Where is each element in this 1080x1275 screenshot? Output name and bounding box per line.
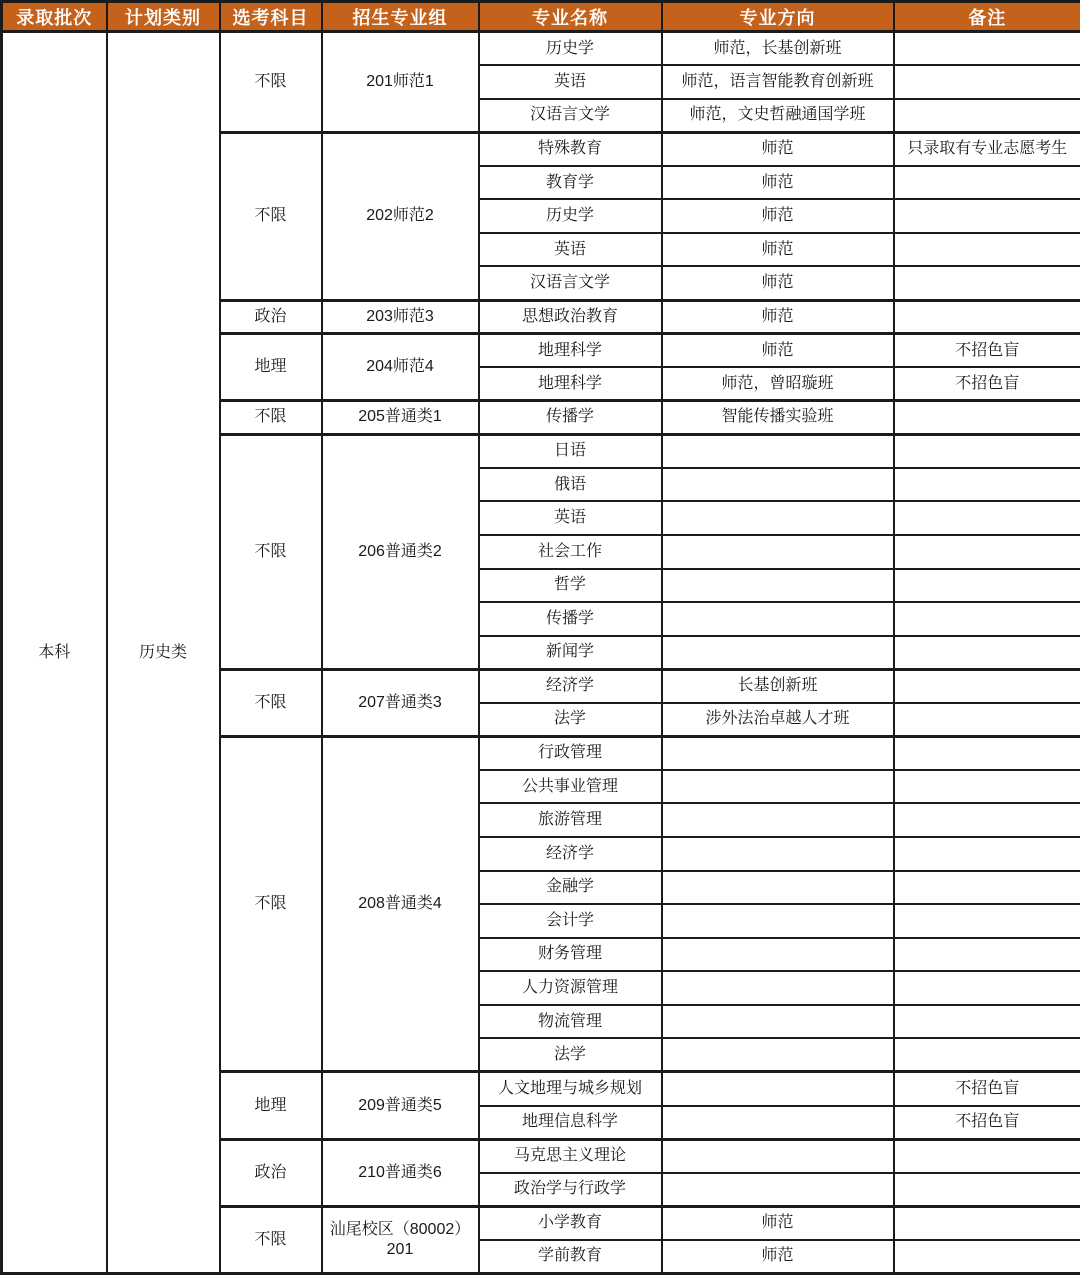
cell-major-name: 英语	[479, 233, 662, 267]
cell-remark	[894, 401, 1080, 435]
cell-admission-batch: 本科	[2, 32, 107, 1274]
cell-major-name: 金融学	[479, 871, 662, 905]
cell-exam-subject: 不限	[220, 1206, 322, 1273]
cell-major-name: 地理科学	[479, 334, 662, 368]
cell-remark	[894, 501, 1080, 535]
cell-exam-subject: 不限	[220, 132, 322, 300]
cell-major-group: 208普通类4	[322, 736, 479, 1072]
cell-major-direction: 师范	[662, 266, 894, 300]
cell-major-direction: 智能传播实验班	[662, 401, 894, 435]
cell-major-direction	[662, 938, 894, 972]
table-row: 本科历史类不限201师范1历史学师范，长基创新班	[2, 32, 1080, 66]
cell-remark	[894, 904, 1080, 938]
cell-major-name: 特殊教育	[479, 132, 662, 166]
cell-major-direction	[662, 535, 894, 569]
cell-major-name: 会计学	[479, 904, 662, 938]
cell-major-name: 物流管理	[479, 1005, 662, 1039]
cell-major-direction	[662, 1005, 894, 1039]
cell-exam-subject: 不限	[220, 669, 322, 736]
cell-major-direction	[662, 971, 894, 1005]
cell-major-direction: 师范，语言智能教育创新班	[662, 65, 894, 99]
cell-major-name: 历史学	[479, 32, 662, 66]
cell-major-group: 203师范3	[322, 300, 479, 334]
cell-major-name: 汉语言文学	[479, 266, 662, 300]
cell-remark	[894, 569, 1080, 603]
cell-major-direction: 师范	[662, 1240, 894, 1274]
cell-major-name: 思想政治教育	[479, 300, 662, 334]
cell-major-direction	[662, 1173, 894, 1207]
cell-exam-subject: 地理	[220, 334, 322, 401]
cell-remark: 不招色盲	[894, 367, 1080, 401]
cell-remark	[894, 1005, 1080, 1039]
cell-major-direction: 长基创新班	[662, 669, 894, 703]
cell-remark	[894, 535, 1080, 569]
cell-major-direction	[662, 468, 894, 502]
cell-major-direction	[662, 770, 894, 804]
cell-exam-subject: 不限	[220, 434, 322, 669]
cell-major-name: 英语	[479, 501, 662, 535]
cell-major-name: 历史学	[479, 199, 662, 233]
admission-plan-table: 录取批次计划类别选考科目招生专业组专业名称专业方向备注 本科历史类不限201师范…	[0, 0, 1080, 1275]
cell-major-direction	[662, 1072, 894, 1106]
cell-major-name: 公共事业管理	[479, 770, 662, 804]
cell-remark	[894, 1038, 1080, 1072]
cell-plan-category: 历史类	[107, 32, 220, 1274]
cell-remark	[894, 602, 1080, 636]
cell-major-direction	[662, 501, 894, 535]
cell-major-direction: 师范	[662, 1206, 894, 1240]
cell-remark: 只录取有专业志愿考生	[894, 132, 1080, 166]
cell-remark	[894, 199, 1080, 233]
cell-major-direction	[662, 1139, 894, 1173]
cell-exam-subject: 政治	[220, 1139, 322, 1206]
cell-major-direction	[662, 569, 894, 603]
cell-remark	[894, 65, 1080, 99]
cell-exam-subject: 地理	[220, 1072, 322, 1139]
cell-remark	[894, 233, 1080, 267]
cell-major-name: 财务管理	[479, 938, 662, 972]
cell-major-direction: 师范	[662, 166, 894, 200]
cell-remark	[894, 636, 1080, 670]
cell-major-direction	[662, 1038, 894, 1072]
cell-major-name: 学前教育	[479, 1240, 662, 1274]
cell-remark	[894, 736, 1080, 770]
cell-major-name: 汉语言文学	[479, 99, 662, 133]
cell-remark	[894, 971, 1080, 1005]
admission-plan-page: 录取批次计划类别选考科目招生专业组专业名称专业方向备注 本科历史类不限201师范…	[0, 0, 1080, 1275]
column-header-0: 录取批次	[2, 2, 107, 32]
cell-remark	[894, 434, 1080, 468]
cell-major-group: 206普通类2	[322, 434, 479, 669]
cell-exam-subject: 不限	[220, 32, 322, 133]
cell-remark	[894, 1139, 1080, 1173]
column-header-5: 专业方向	[662, 2, 894, 32]
cell-major-direction	[662, 871, 894, 905]
cell-major-name: 法学	[479, 703, 662, 737]
cell-major-name: 哲学	[479, 569, 662, 603]
column-header-2: 选考科目	[220, 2, 322, 32]
cell-remark	[894, 837, 1080, 871]
cell-major-name: 地理科学	[479, 367, 662, 401]
cell-remark	[894, 938, 1080, 972]
cell-remark	[894, 871, 1080, 905]
cell-major-name: 马克思主义理论	[479, 1139, 662, 1173]
cell-major-direction: 师范	[662, 199, 894, 233]
cell-major-name: 法学	[479, 1038, 662, 1072]
cell-major-group: 209普通类5	[322, 1072, 479, 1139]
table-body: 本科历史类不限201师范1历史学师范，长基创新班英语师范，语言智能教育创新班汉语…	[2, 32, 1080, 1274]
cell-major-name: 传播学	[479, 602, 662, 636]
cell-remark	[894, 99, 1080, 133]
cell-major-group: 202师范2	[322, 132, 479, 300]
cell-remark: 不招色盲	[894, 1106, 1080, 1140]
cell-major-direction	[662, 636, 894, 670]
cell-major-direction	[662, 1106, 894, 1140]
cell-remark	[894, 1240, 1080, 1274]
cell-major-name: 政治学与行政学	[479, 1173, 662, 1207]
cell-major-direction	[662, 602, 894, 636]
cell-remark	[894, 1206, 1080, 1240]
column-header-4: 专业名称	[479, 2, 662, 32]
cell-major-name: 日语	[479, 434, 662, 468]
cell-major-name: 经济学	[479, 669, 662, 703]
cell-remark	[894, 166, 1080, 200]
header-row: 录取批次计划类别选考科目招生专业组专业名称专业方向备注	[2, 2, 1080, 32]
cell-major-group: 210普通类6	[322, 1139, 479, 1206]
cell-major-direction	[662, 736, 894, 770]
cell-remark	[894, 300, 1080, 334]
cell-remark	[894, 32, 1080, 66]
cell-major-group: 汕尾校区（80002）201	[322, 1206, 479, 1273]
cell-major-direction: 师范，长基创新班	[662, 32, 894, 66]
cell-major-name: 传播学	[479, 401, 662, 435]
cell-major-direction: 师范	[662, 300, 894, 334]
cell-remark	[894, 669, 1080, 703]
cell-major-group: 207普通类3	[322, 669, 479, 736]
cell-remark	[894, 1173, 1080, 1207]
cell-major-name: 人文地理与城乡规划	[479, 1072, 662, 1106]
cell-major-direction	[662, 837, 894, 871]
cell-major-direction: 涉外法治卓越人才班	[662, 703, 894, 737]
cell-major-group: 204师范4	[322, 334, 479, 401]
cell-remark	[894, 770, 1080, 804]
cell-exam-subject: 不限	[220, 736, 322, 1072]
cell-major-direction: 师范	[662, 233, 894, 267]
column-header-3: 招生专业组	[322, 2, 479, 32]
cell-major-direction	[662, 904, 894, 938]
cell-major-direction: 师范	[662, 334, 894, 368]
cell-major-name: 地理信息科学	[479, 1106, 662, 1140]
cell-major-name: 英语	[479, 65, 662, 99]
cell-major-name: 人力资源管理	[479, 971, 662, 1005]
table-header-row: 录取批次计划类别选考科目招生专业组专业名称专业方向备注	[2, 2, 1080, 32]
cell-remark: 不招色盲	[894, 334, 1080, 368]
cell-major-name: 行政管理	[479, 736, 662, 770]
cell-major-direction: 师范，曾昭璇班	[662, 367, 894, 401]
cell-major-group: 205普通类1	[322, 401, 479, 435]
cell-exam-subject: 不限	[220, 401, 322, 435]
cell-remark: 不招色盲	[894, 1072, 1080, 1106]
cell-major-name: 经济学	[479, 837, 662, 871]
cell-remark	[894, 803, 1080, 837]
cell-major-direction: 师范，文史哲融通国学班	[662, 99, 894, 133]
cell-remark	[894, 266, 1080, 300]
cell-major-direction: 师范	[662, 132, 894, 166]
cell-remark	[894, 703, 1080, 737]
cell-remark	[894, 468, 1080, 502]
cell-major-name: 新闻学	[479, 636, 662, 670]
cell-major-name: 教育学	[479, 166, 662, 200]
cell-exam-subject: 政治	[220, 300, 322, 334]
cell-major-name: 小学教育	[479, 1206, 662, 1240]
cell-major-name: 社会工作	[479, 535, 662, 569]
cell-major-group: 201师范1	[322, 32, 479, 133]
column-header-1: 计划类别	[107, 2, 220, 32]
column-header-6: 备注	[894, 2, 1080, 32]
cell-major-direction	[662, 434, 894, 468]
cell-major-name: 俄语	[479, 468, 662, 502]
cell-major-direction	[662, 803, 894, 837]
cell-major-name: 旅游管理	[479, 803, 662, 837]
